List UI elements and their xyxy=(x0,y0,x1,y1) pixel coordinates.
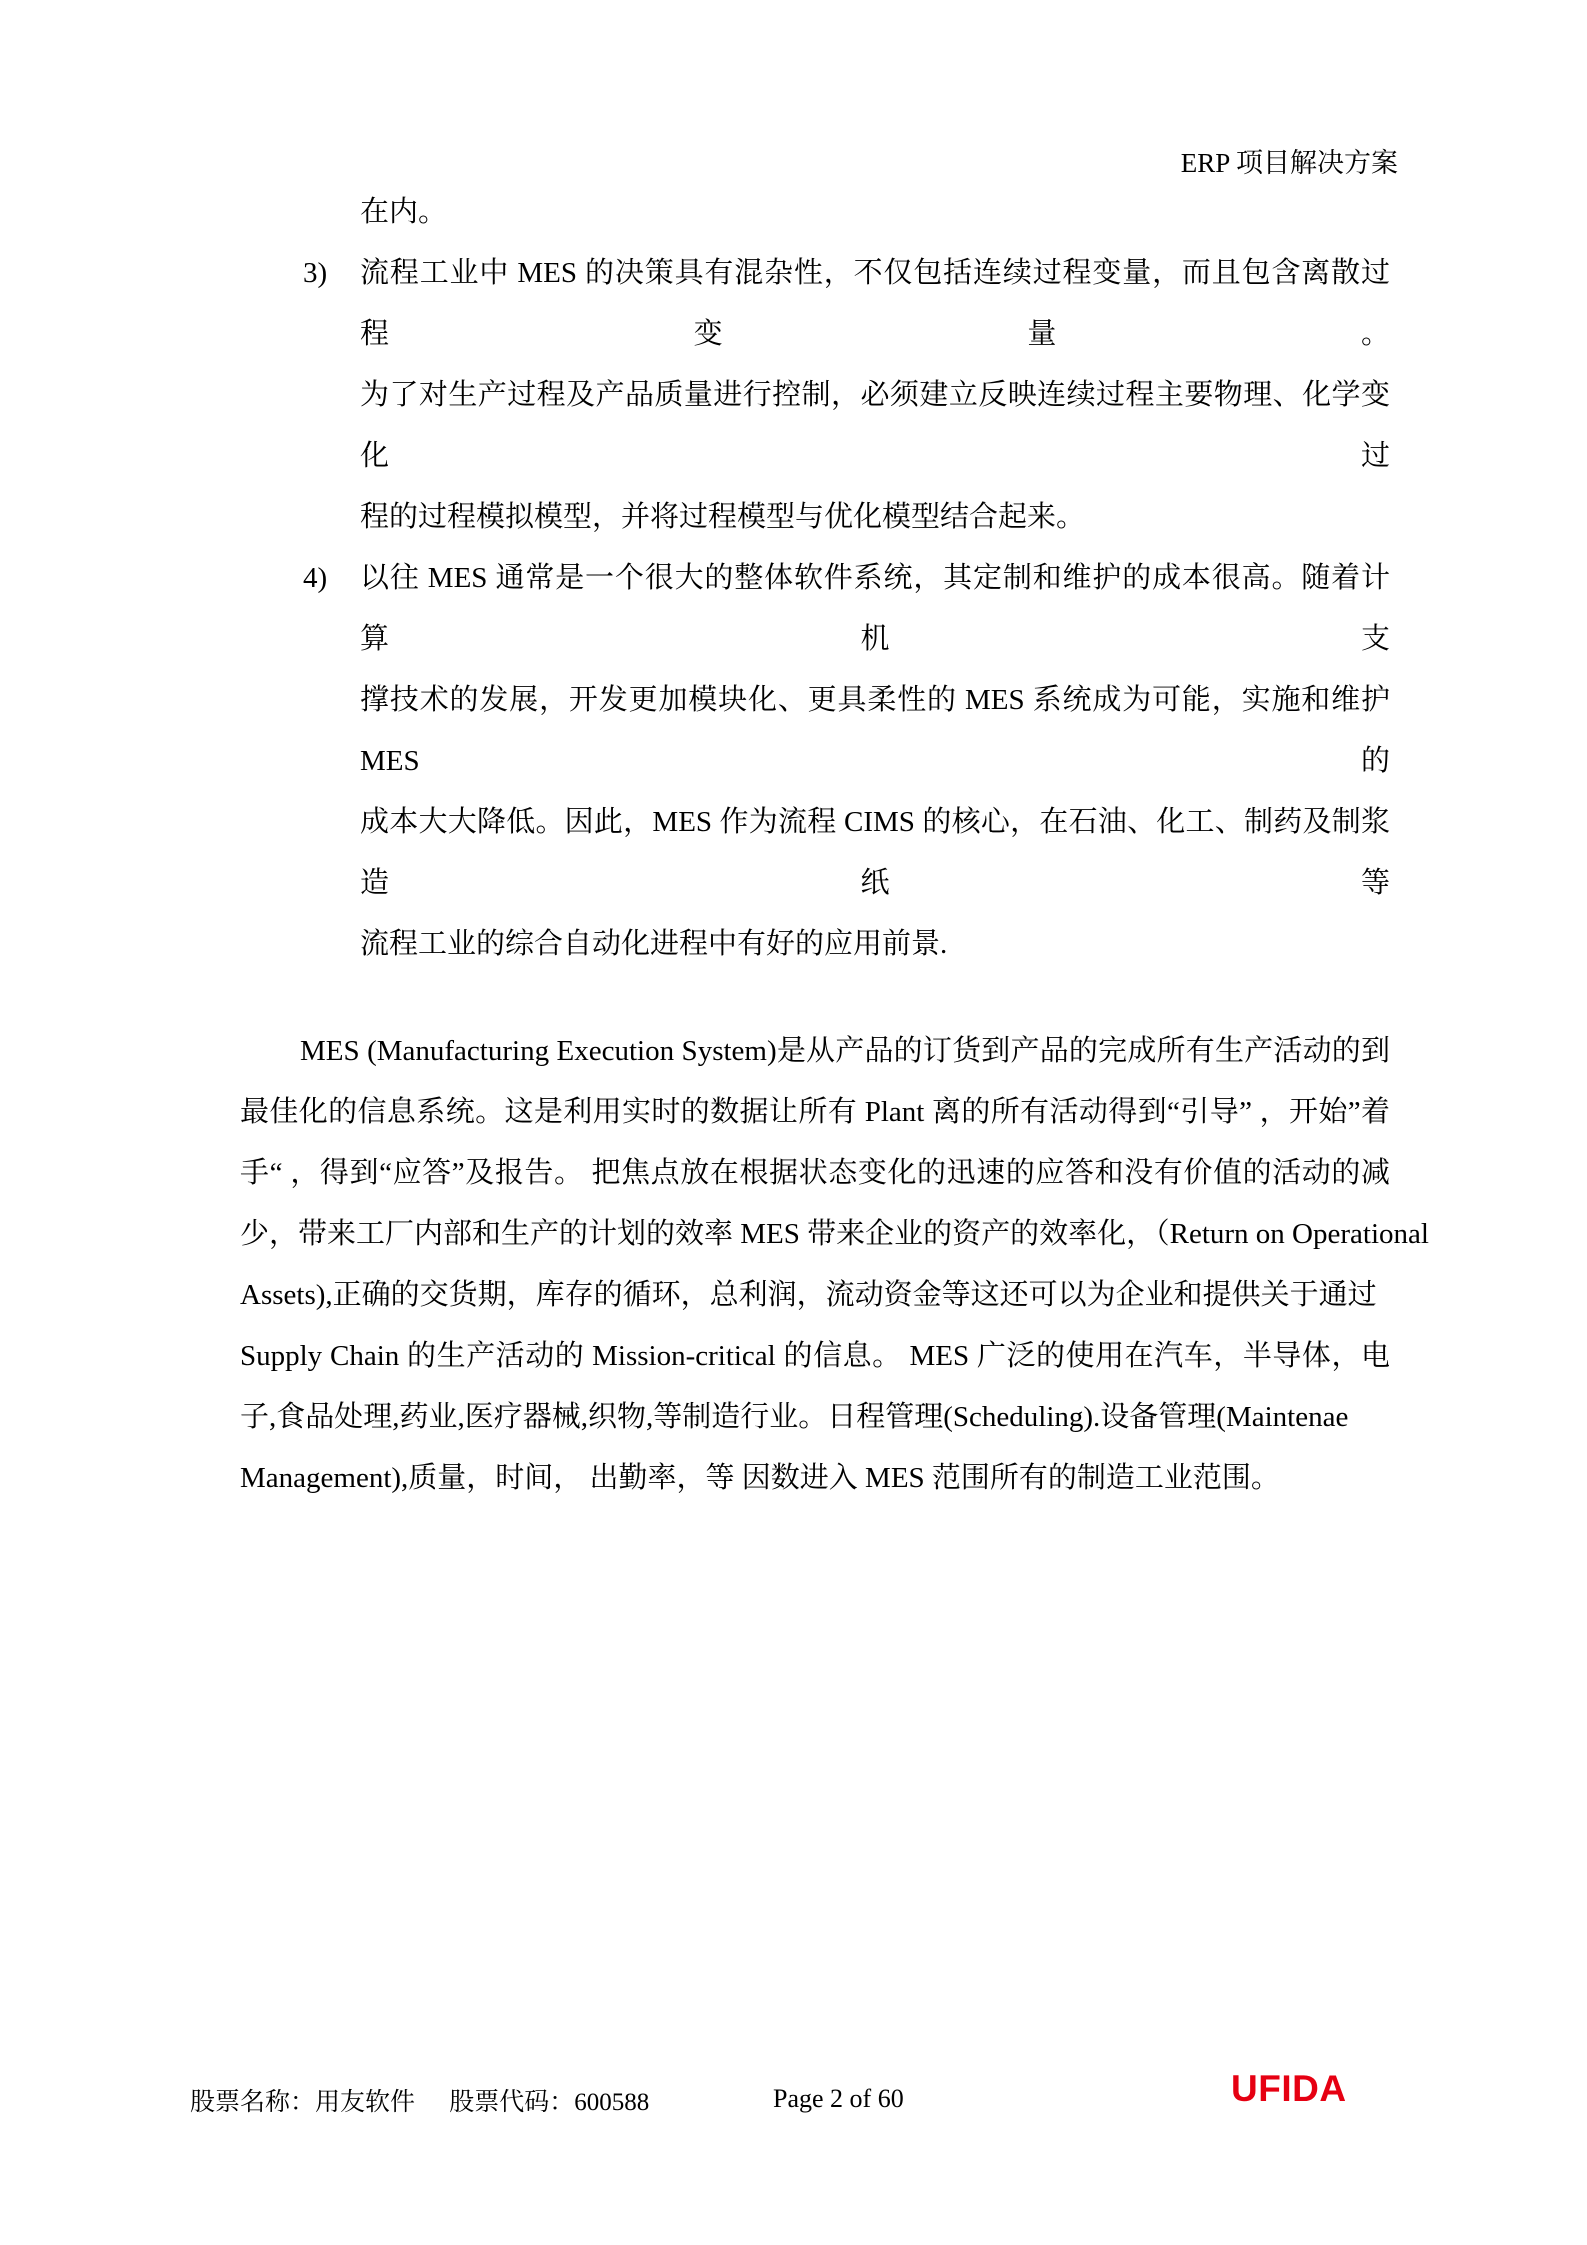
paragraph-line-6: Supply Chain 的生产活动的 Mission-critical 的信息… xyxy=(240,1326,1390,1387)
list-item-3: 3) 流程工业中 MES 的决策具有混杂性，不仅包括连续过程变量，而且包含离散过… xyxy=(240,243,1390,548)
page-header-title: ERP 项目解决方案 xyxy=(1181,141,1398,180)
stock-name-label: 股票名称：用友软件 xyxy=(190,2089,415,2116)
paragraph-line-2: 最佳化的信息系统。这是利用实时的数据让所有 Plant 离的所有活动得到“引导”… xyxy=(240,1082,1390,1143)
list-item-4-line-2: 撑技术的发展，开发更加模块化、更具柔性的 MES 系统成为可能，实施和维护 ME… xyxy=(360,670,1390,792)
list-item-3-line-3: 程的过程模拟模型，并将过程模型与优化模型结合起来。 xyxy=(360,487,1390,548)
document-page: ERP 项目解决方案 在内。 3) 流程工业中 MES 的决策具有混杂性，不仅包… xyxy=(0,0,1587,2245)
list-item-3-line-2: 为了对生产过程及产品质量进行控制，必须建立反映连续过程主要物理、化学变化过 xyxy=(360,365,1390,487)
list-item-4-line-3: 成本大大降低。因此，MES 作为流程 CIMS 的核心，在石油、化工、制药及制浆… xyxy=(360,792,1390,914)
list-item-3-line-1: 流程工业中 MES 的决策具有混杂性，不仅包括连续过程变量，而且包含离散过程变量… xyxy=(360,243,1390,365)
paragraph-line-3: 手“ ，得到“应答”及报告。 把焦点放在根据状态变化的迅速的应答和没有价值的活动… xyxy=(240,1143,1390,1204)
mes-paragraph: MES (Manufacturing Execution System)是从产品… xyxy=(240,1021,1390,1509)
list-marker-3: 3) xyxy=(303,243,327,304)
stock-code-label: 股票代码：600588 xyxy=(449,2082,649,2118)
list-marker-4: 4) xyxy=(303,548,327,609)
ufida-logo: UFIDA xyxy=(1231,2068,1347,2110)
paragraph-line-7: 子,食品处理,药业,医疗器械,织物,等制造行业。日程管理(Scheduling)… xyxy=(240,1387,1390,1448)
list-item-4-line-4: 流程工业的综合自动化进程中有好的应用前景. xyxy=(360,914,1390,975)
list-item-2-continuation-line: 在内。 xyxy=(240,182,1390,243)
list-item-4-line-1: 以往 MES 通常是一个很大的整体软件系统，其定制和维护的成本很高。随着计算机支 xyxy=(360,548,1390,670)
paragraph-line-8: Management),质量，时间， 出勤率，等 因数进入 MES 范围所有的制… xyxy=(240,1448,1390,1509)
paragraph-line-5: Assets),正确的交货期，库存的循环，总利润，流动资金等这还可以为企业和提供… xyxy=(240,1265,1390,1326)
footer-stock-info: 股票名称：用友软件 股票代码：600588 xyxy=(190,2082,649,2118)
document-body: 在内。 3) 流程工业中 MES 的决策具有混杂性，不仅包括连续过程变量，而且包… xyxy=(240,182,1390,1509)
paragraph-line-4: 少，带来工厂内部和生产的计划的效率 MES 带来企业的资产的效率化，（Retur… xyxy=(240,1204,1390,1265)
page-number-indicator: Page 2 of 60 xyxy=(773,2084,904,2114)
list-item-4: 4) 以往 MES 通常是一个很大的整体软件系统，其定制和维护的成本很高。随着计… xyxy=(240,548,1390,975)
paragraph-line-1: MES (Manufacturing Execution System)是从产品… xyxy=(240,1021,1390,1082)
